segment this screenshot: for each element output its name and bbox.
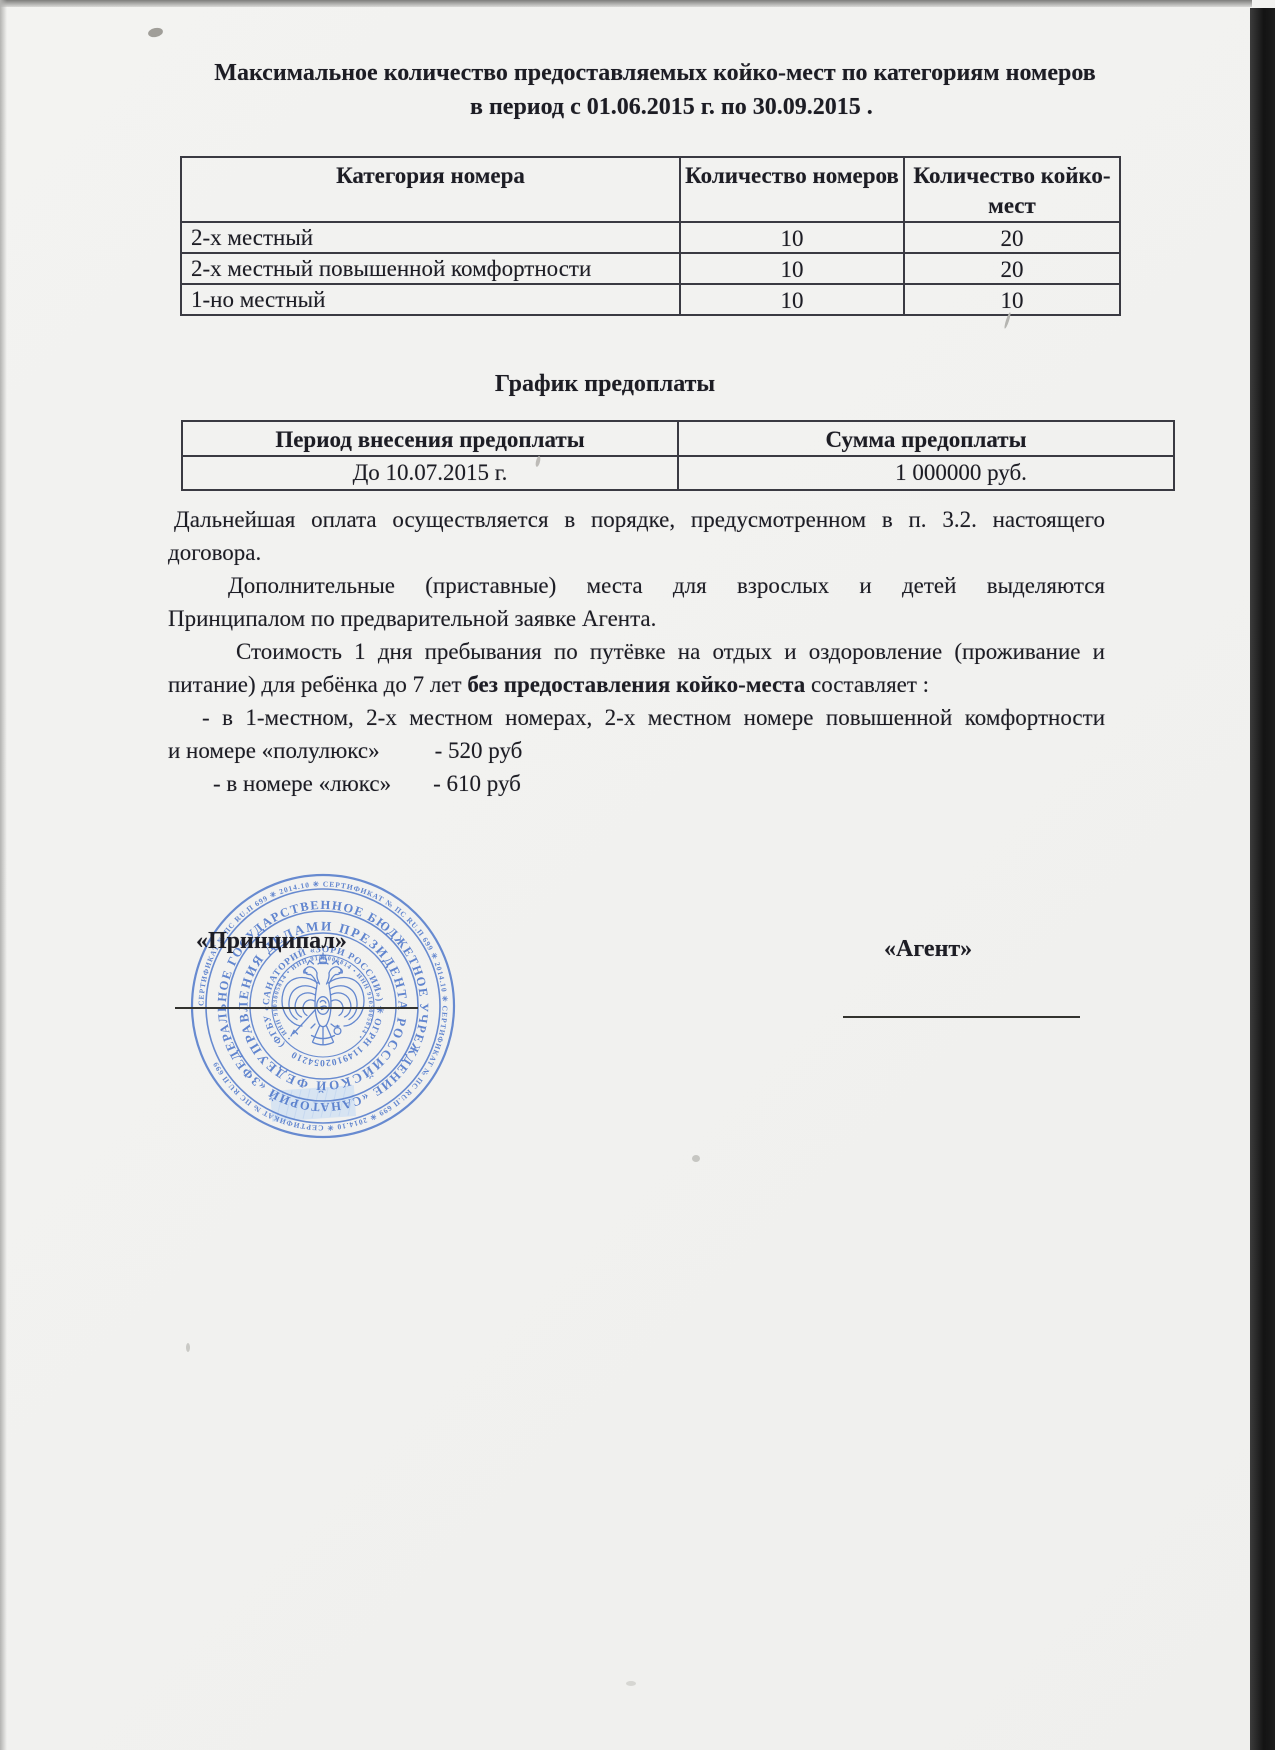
room-category-cell: 1-но местный	[181, 284, 680, 315]
table-row: До 10.07.2015 г. 1 000000 руб.	[182, 456, 1174, 490]
child-price-text: питание) для ребёнка до 7 лет	[168, 672, 467, 697]
principal-signature-label: «Принципал»	[196, 928, 347, 955]
scan-edge-left	[0, 0, 7, 1750]
price-item-standard-line2: и номере «полулюкс»- 520 руб	[168, 734, 1105, 767]
child-price-bold-text: без предоставления койко-места	[467, 672, 805, 697]
prepayment-table: Период внесения предоплаты Сумма предопл…	[181, 420, 1173, 488]
child-price-text-tail: составляет :	[805, 672, 929, 697]
scan-speck	[186, 1343, 190, 1352]
rooms-table: Категория номера Количество номеров Коли…	[180, 156, 1119, 308]
agent-signature-line	[843, 1016, 1080, 1018]
room-count-cell: 10	[680, 284, 904, 315]
rooms-table-header-rooms: Количество номеров	[680, 157, 904, 222]
room-count-cell: 10	[680, 222, 904, 253]
prepayment-sum-cell: 1 000000 руб.	[678, 456, 1174, 490]
scan-edge-top	[0, 0, 1252, 7]
principal-signature-line	[175, 1007, 418, 1009]
price-item-lux: - в номере «люкс»- 610 руб	[168, 767, 1105, 800]
paragraph-extra-beds-line1: Дополнительные (приставные) места для вз…	[168, 569, 1105, 602]
paragraph-further-payment-line2: договора.	[168, 536, 1105, 569]
room-category-cell: 2-х местный повышенной комфортности	[181, 253, 680, 284]
bed-count-cell: 10	[904, 284, 1120, 315]
paragraph-child-price-line2: питание) для ребёнка до 7 лет без предос…	[168, 668, 1105, 701]
prepayment-heading: График предоплаты	[110, 371, 1100, 398]
scan-speck	[147, 27, 164, 39]
price-item-standard-price: - 520 руб	[435, 738, 523, 763]
paragraph-extra-beds-line2: Принципалом по предварительной заявке Аг…	[168, 602, 1105, 635]
scan-edge-right	[1250, 8, 1275, 1750]
rooms-table-header-category: Категория номера	[181, 157, 680, 222]
scan-speck	[692, 1155, 700, 1162]
table-row: 1-но местный 10 10	[181, 284, 1120, 315]
price-item-lux-price: - 610 руб	[433, 771, 521, 796]
contract-body-text: Дальнейшая оплата осуществляется в поряд…	[168, 503, 1105, 800]
price-item-standard-line1: - в 1-местном, 2-х местном номерах, 2-х …	[168, 701, 1105, 734]
scanned-contract-page: Максимальное количество предоставляемых …	[0, 0, 1275, 1750]
room-count-cell: 10	[680, 253, 904, 284]
prepayment-header-sum: Сумма предоплаты	[678, 421, 1174, 456]
paragraph-child-price-line1: Стоимость 1 дня пребывания по путёвке на…	[168, 635, 1105, 668]
document-title-line1: Максимальное количество предоставляемых …	[160, 56, 1150, 90]
bed-count-cell: 20	[904, 222, 1120, 253]
prepayment-period-cell: До 10.07.2015 г.	[182, 456, 678, 490]
principal-stamp: СЕРТИФИКАТ № ПС RU.П 699 ✳ 2014.10 ✳ СЕР…	[183, 866, 463, 1146]
price-item-standard-label: и номере «полулюкс»	[168, 738, 380, 763]
rooms-table-header-beds: Количество койко-мест	[904, 157, 1120, 222]
prepayment-header-period: Период внесения предоплаты	[182, 421, 678, 456]
document-title-line2: в период с 01.06.2015 г. по 30.09.2015 .	[470, 90, 873, 124]
price-item-lux-label: - в номере «люкс»	[213, 771, 391, 796]
agent-signature-label: «Агент»	[884, 936, 972, 963]
paragraph-further-payment-line1: Дальнейшая оплата осуществляется в поряд…	[168, 503, 1105, 536]
table-row: 2-х местный 10 20	[181, 222, 1120, 253]
bed-count-cell: 20	[904, 253, 1120, 284]
scan-speck	[626, 1681, 636, 1686]
table-row: 2-х местный повышенной комфортности 10 2…	[181, 253, 1120, 284]
room-category-cell: 2-х местный	[181, 222, 680, 253]
